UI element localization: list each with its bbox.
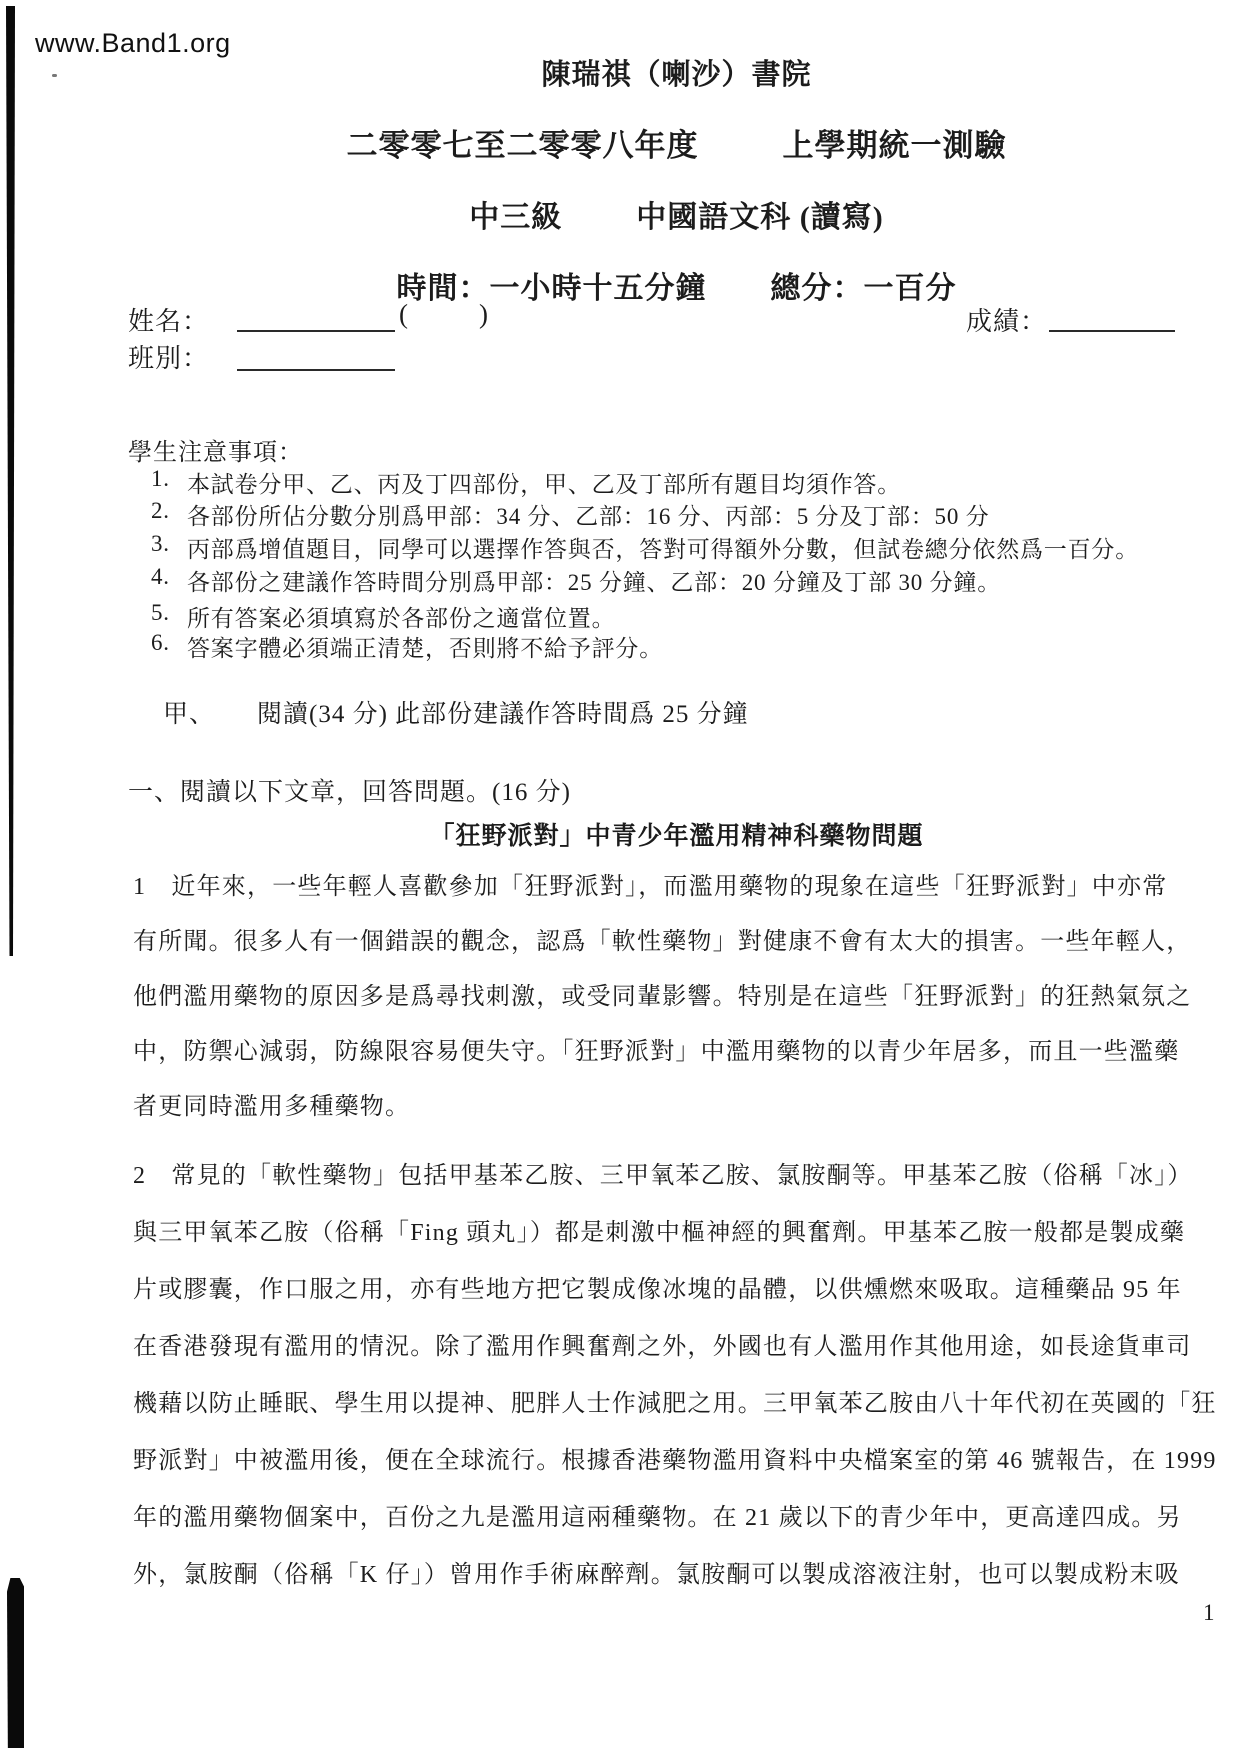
note-text: 各部份所佔分數分別爲甲部：34 分、乙部：16 分、丙部：5 分及丁部：50 分 [187, 498, 990, 531]
paragraph-line: 者更同時濫用多種藥物。 [133, 1080, 1225, 1135]
paragraph-line: 片或膠囊，作口服之用，亦有些地方把它製成像冰塊的晶體，以供燻燃來吸取。這種藥品 … [133, 1262, 1225, 1319]
grade-subject-title: 中三級 中國語文科 (讀寫) [133, 192, 1220, 236]
paragraph-line: 年的濫用藥物個案中，百份之九是濫用這兩種藥物。在 21 歲以下的青少年中，更高達… [133, 1490, 1225, 1547]
note-number: 1. [151, 466, 187, 499]
name-paren-open: ( [399, 299, 408, 330]
note-item-3: 3. 丙部爲增值題目，同學可以選擇作答與否，答對可得額外分數，但試卷總分依然爲一… [151, 531, 1139, 564]
note-number: 3. [151, 531, 187, 564]
note-text: 丙部爲增值題目，同學可以選擇作答與否，答對可得額外分數，但試卷總分依然爲一百分。 [187, 531, 1139, 564]
score-blank-line [1049, 302, 1175, 332]
page-number: 1 [1203, 1600, 1215, 1626]
note-text: 答案字體必須端正清楚，否則將不給予評分。 [187, 630, 663, 663]
note-text: 所有答案必須填寫於各部份之適當位置。 [187, 600, 615, 633]
paragraph-line: 在香港發現有濫用的情況。除了濫用作興奮劑之外，外國也有人濫用作其他用途，如長途貨… [133, 1319, 1225, 1376]
total-marks: 總分：一百分 [771, 263, 957, 307]
note-number: 2. [151, 498, 187, 531]
section-a-label: 甲、 [163, 694, 215, 730]
school-name: 陳瑞祺（喇沙）書院 [133, 52, 1220, 93]
paragraph-line: 外，氯胺酮（俗稱「K 仔」）曾用作手術麻醉劑。氯胺酮可以製成溶液注射，也可以製成… [133, 1547, 1225, 1604]
note-number: 6. [151, 630, 187, 663]
note-item-4: 4. 各部份之建議作答時間分別爲甲部：25 分鐘、乙部：20 分鐘及丁部 30 … [151, 564, 1001, 597]
scan-artifact-left-bar [5, 6, 15, 956]
paragraph-line: 與三甲氧苯乙胺（俗稱「Fing 頭丸」）都是刺激中樞神經的興奮劑。甲基苯乙胺一般… [133, 1205, 1225, 1262]
note-item-1: 1. 本試卷分甲、乙、丙及丁四部份，甲、乙及丁部所有題目均須作答。 [151, 466, 901, 499]
note-item-6: 6. 答案字體必須端正清楚，否則將不給予評分。 [151, 630, 663, 663]
note-number: 5. [151, 600, 187, 633]
article-paragraph-1: 1 近年來，一些年輕人喜歡參加「狂野派對」，而濫用藥物的現象在這些「狂野派對」中… [133, 860, 1225, 1135]
notes-heading: 學生注意事項： [128, 432, 303, 467]
term-exam-name: 上學期統一測驗 [783, 120, 1007, 165]
scan-artifact-dot [52, 74, 57, 77]
paragraph-line: 2 常見的「軟性藥物」包括甲基苯乙胺、三甲氧苯乙胺、氯胺酮等。甲基苯乙胺（俗稱「… [133, 1148, 1225, 1205]
section-a-title: 閱讀(34 分) 此部份建議作答時間爲 25 分鐘 [257, 694, 749, 730]
school-year: 二零零七至二零零八年度 [347, 120, 699, 165]
scan-artifact-bottom-left-bar [7, 1578, 24, 1748]
class-label: 班別： [128, 338, 209, 375]
subject-name: 中國語文科 (讀寫) [636, 192, 883, 236]
note-number: 4. [151, 564, 187, 597]
score-label: 成績： [966, 301, 1047, 338]
name-paren-close: ) [479, 299, 488, 330]
note-text: 各部份之建議作答時間分別爲甲部：25 分鐘、乙部：20 分鐘及丁部 30 分鐘。 [187, 564, 1001, 597]
note-item-5: 5. 所有答案必須填寫於各部份之適當位置。 [151, 600, 615, 633]
exam-year-title: 二零零七至二零零八年度 上學期統一測驗 [133, 120, 1220, 165]
time-total-title: 時間：一小時十五分鐘 總分：一百分 [133, 263, 1220, 307]
time-allowed: 時間：一小時十五分鐘 [397, 263, 707, 307]
exam-paper-page: www.Band1.org 陳瑞祺（喇沙）書院 二零零七至二零零八年度 上學期統… [0, 0, 1240, 1754]
note-item-2: 2. 各部份所佔分數分別爲甲部：34 分、乙部：16 分、丙部：5 分及丁部：5… [151, 498, 990, 531]
paragraph-line: 中，防禦心減弱，防線限容易便失守。「狂野派對」中濫用藥物的以青少年居多，而且一些… [133, 1025, 1225, 1080]
paragraph-line: 機藉以防止睡眠、學生用以提神、肥胖人士作減肥之用。三甲氧苯乙胺由八十年代初在英國… [133, 1376, 1225, 1433]
article-title: 「狂野派對」中青少年濫用精神科藥物問題 [133, 816, 1220, 852]
paragraph-line: 有所聞。很多人有一個錯誤的觀念，認爲「軟性藥物」對健康不會有太大的損害。一些年輕… [133, 915, 1225, 970]
paragraph-line: 他們濫用藥物的原因多是爲尋找刺激，或受同輩影響。特別是在這些「狂野派對」的狂熱氣… [133, 970, 1225, 1025]
name-blank-line [237, 302, 395, 332]
note-text: 本試卷分甲、乙、丙及丁四部份，甲、乙及丁部所有題目均須作答。 [187, 466, 901, 499]
paragraph-line: 1 近年來，一些年輕人喜歡參加「狂野派對」，而濫用藥物的現象在這些「狂野派對」中… [133, 860, 1225, 915]
class-blank-line [237, 341, 395, 371]
grade-level: 中三級 [469, 192, 562, 236]
section-a-heading: 甲、 閱讀(34 分) 此部份建議作答時間爲 25 分鐘 [163, 694, 749, 730]
name-label: 姓名： [128, 301, 209, 338]
paragraph-line: 野派對」中被濫用後，便在全球流行。根據香港藥物濫用資料中央檔案室的第 46 號報… [133, 1433, 1225, 1490]
question-1-prompt: 一、閱讀以下文章，回答問題。(16 分) [128, 772, 571, 808]
article-paragraph-2: 2 常見的「軟性藥物」包括甲基苯乙胺、三甲氧苯乙胺、氯胺酮等。甲基苯乙胺（俗稱「… [133, 1148, 1225, 1604]
